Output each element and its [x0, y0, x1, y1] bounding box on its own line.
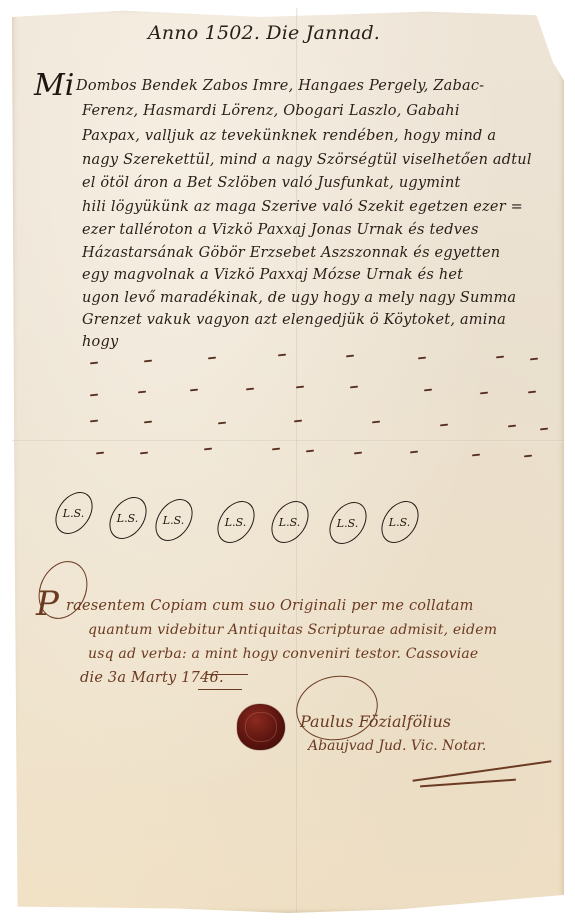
horizontal-fold-crease [12, 440, 564, 442]
body-line-9: egy magvolnak a Vizkö Paxxaj Mózse Urnak… [82, 267, 463, 283]
body-line-6: hili lögyükünk az maga Szerive való Szek… [82, 199, 523, 215]
document-heading: Anno 1502. Die Jannad. [148, 22, 380, 44]
signature-title: Abaujvad Jud. Vic. Notar. [308, 738, 486, 754]
body-line-12: hogy [82, 334, 118, 350]
body-line-11: Grenzet vakuk vagyon azt elengedjük ö Kö… [82, 312, 506, 328]
attestation-initial: P [36, 584, 59, 624]
body-line-2: Ferenz, Hasmardi Lörenz, Obogari Laszlo,… [82, 103, 460, 119]
underline-a-mint-hogy [206, 674, 248, 675]
attestation-line-4: die 3a Marty 1746. [80, 670, 224, 686]
signature-name: Paulus Fözialfölius [300, 712, 451, 731]
body-line-8: Házastarsának Göbör Erzsebet Aszszonnak … [82, 245, 500, 261]
attestation-line-3: usq ad verba: a mint hogy conveniri test… [88, 646, 478, 662]
attestation-line-2: quantum videbitur Antiquitas Scripturae … [88, 622, 497, 638]
attestation-line-1: raesentem Copiam cum suo Originali per m… [66, 598, 474, 614]
body-line-3: Paxpax, valljuk az tevekünknek rendében,… [82, 128, 496, 144]
underline-year [198, 689, 242, 690]
body-line-10: ugon levő maradékinak, de ugy hogy a mel… [82, 290, 516, 306]
opening-initial: Mi [34, 68, 74, 103]
wax-seal-icon [237, 704, 285, 750]
body-line-7: ezer talléroton a Vizkö Paxxaj Jonas Urn… [82, 222, 479, 238]
body-line-1: Dombos Bendek Zabos Imre, Hangaes Pergel… [76, 78, 484, 94]
body-line-5: el ötöl áron a Bet Szlöben való Jusfunka… [82, 175, 461, 191]
body-line-4: nagy Szerekettül, mind a nagy Szörségtül… [82, 152, 532, 168]
